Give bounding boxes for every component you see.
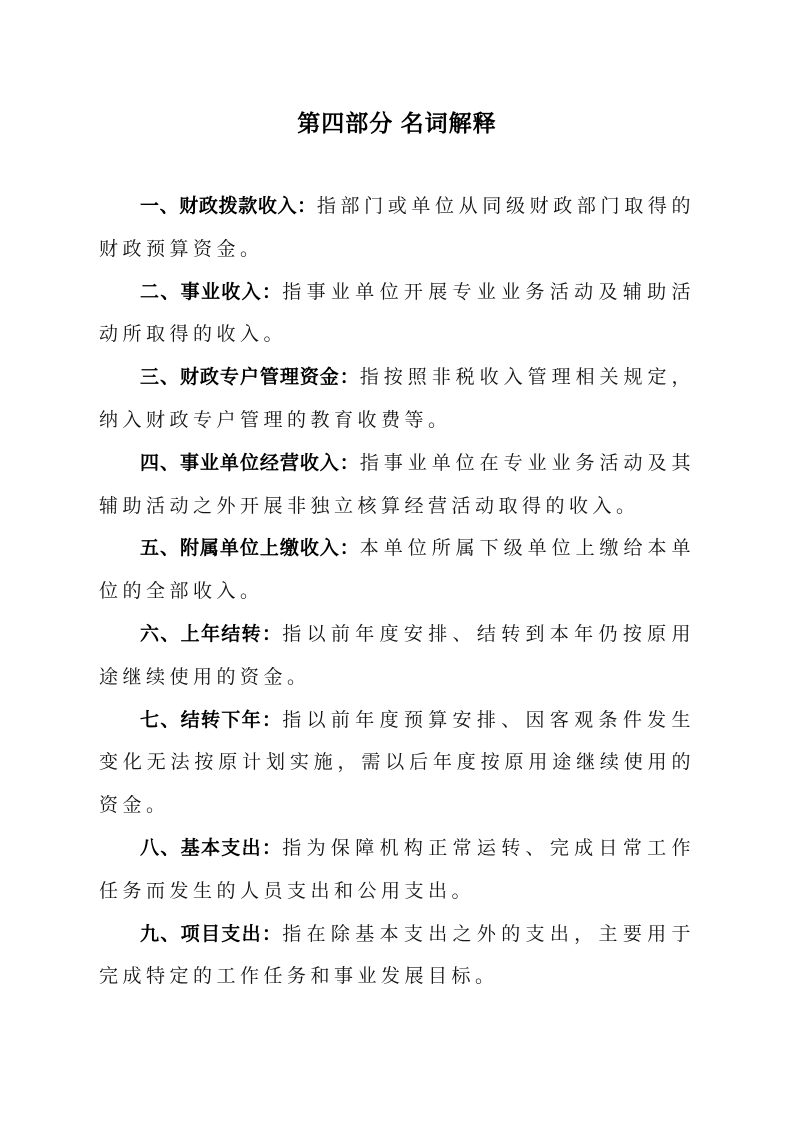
- term-label: 一、财政拨款收入：: [140, 196, 317, 217]
- glossary-entry: 四、事业单位经营收入：指事业单位在专业业务活动及其辅助活动之外开展非独立核算经营…: [99, 443, 695, 529]
- glossary-entry: 二、事业收入：指事业单位开展专业业务活动及辅助活动所取得的收入。: [99, 272, 695, 358]
- glossary-list: 一、财政拨款收入：指部门或单位从同级财政部门取得的财政预算资金。 二、事业收入：…: [99, 186, 695, 999]
- term-label: 四、事业单位经营收入：: [140, 453, 360, 474]
- term-label: 五、附属单位上缴收入：: [140, 538, 360, 559]
- glossary-entry: 七、结转下年：指以前年度预算安排、因客观条件发生变化无法按原计划实施，需以后年度…: [99, 700, 695, 828]
- glossary-entry: 五、附属单位上缴收入：本单位所属下级单位上缴给本单位的全部收入。: [99, 528, 695, 614]
- term-label: 三、财政专户管理资金：: [140, 367, 360, 388]
- term-label: 九、项目支出：: [140, 924, 282, 945]
- glossary-entry: 六、上年结转：指以前年度安排、结转到本年仍按原用途继续使用的资金。: [99, 614, 695, 700]
- document-page: 第四部分 名词解释 一、财政拨款收入：指部门或单位从同级财政部门取得的财政预算资…: [0, 0, 793, 1122]
- term-label: 二、事业收入：: [140, 282, 282, 303]
- page-title: 第四部分 名词解释: [99, 107, 695, 139]
- glossary-entry: 三、财政专户管理资金：指按照非税收入管理相关规定，纳入财政专户管理的教育收费等。: [99, 357, 695, 443]
- term-label: 六、上年结转：: [140, 624, 282, 645]
- term-label: 八、基本支出：: [140, 838, 282, 859]
- glossary-entry: 九、项目支出：指在除基本支出之外的支出，主要用于完成特定的工作任务和事业发展目标…: [99, 914, 695, 1000]
- glossary-entry: 一、财政拨款收入：指部门或单位从同级财政部门取得的财政预算资金。: [99, 186, 695, 272]
- term-label: 七、结转下年：: [140, 710, 282, 731]
- glossary-entry: 八、基本支出：指为保障机构正常运转、完成日常工作任务而发生的人员支出和公用支出。: [99, 828, 695, 914]
